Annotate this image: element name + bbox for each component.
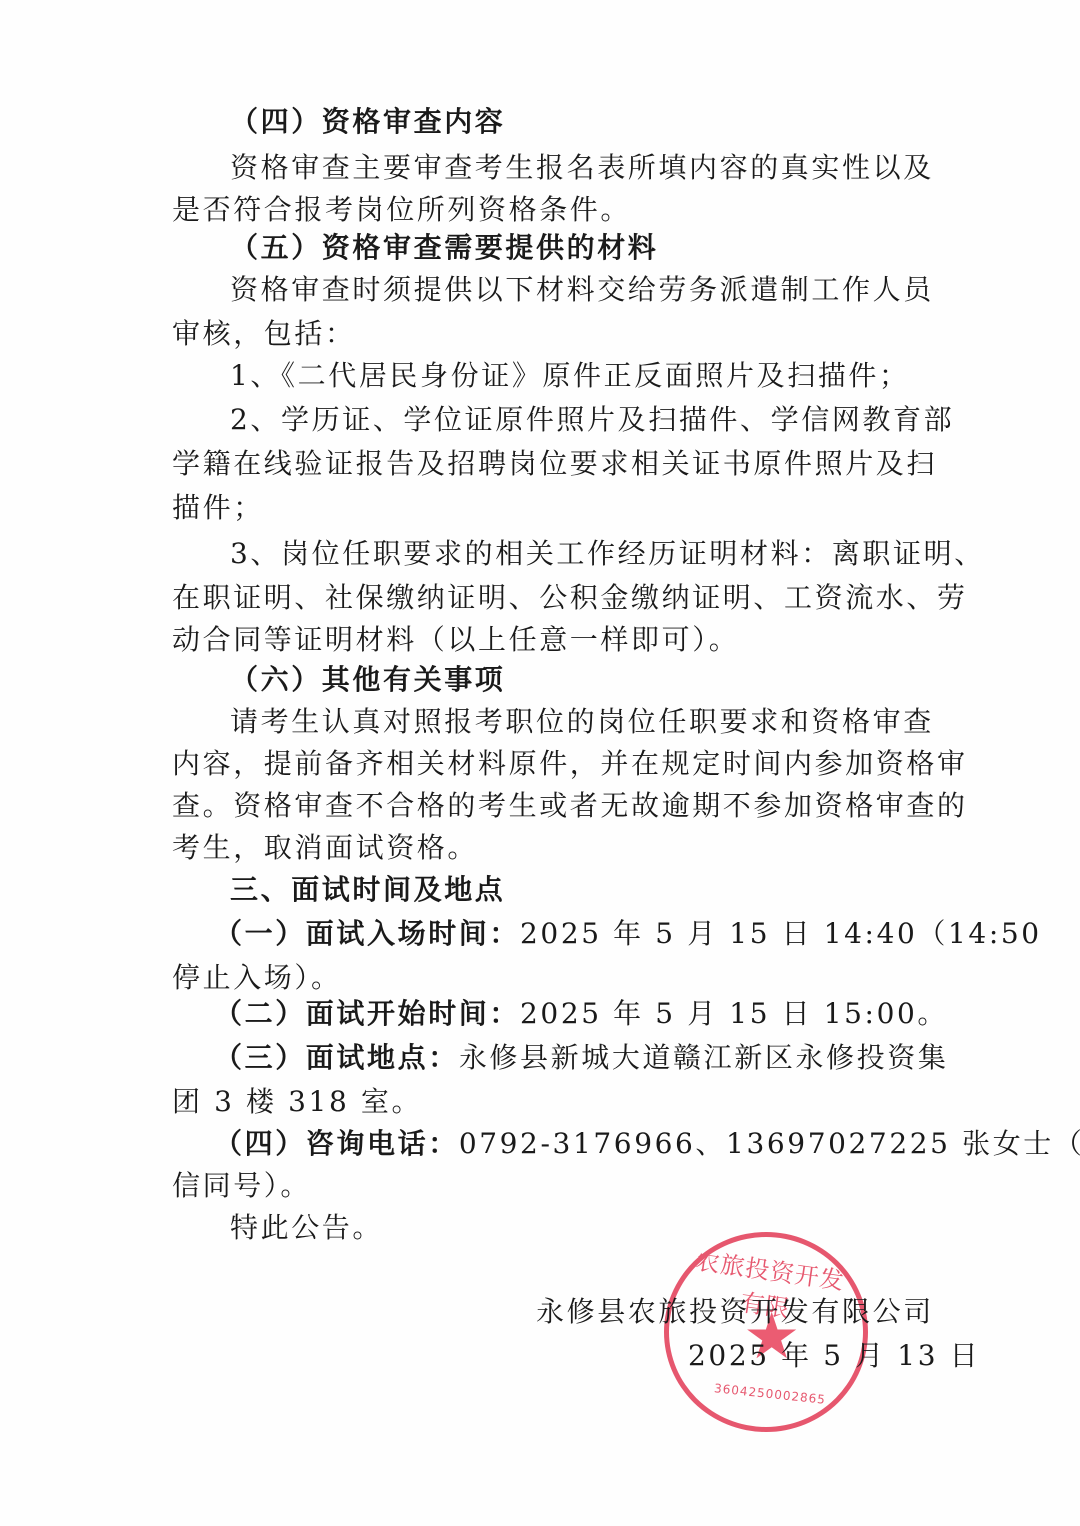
heading-other: （六）其他有关事项 <box>230 660 505 700</box>
place-label: （三）面试地点： <box>214 1041 459 1074</box>
heading-interview: 三、面试时间及地点 <box>230 870 505 910</box>
paragraph-line: 请考生认真对照报考职位的岗位任职要求和资格审查 <box>230 702 934 742</box>
start-value: 2025 年 5 月 15 日 15:00。 <box>520 997 948 1030</box>
list-item-3: 3、岗位任职要求的相关工作经历证明材料：离职证明、 <box>230 534 985 574</box>
list-item-3-cont: 动合同等证明材料（以上任意一样即可）。 <box>172 620 739 660</box>
paragraph-line: 查。资格审查不合格的考生或者无故逾期不参加资格审查的 <box>172 786 968 826</box>
official-seal: 农旅投资开发有限 ★ 3604250002865 <box>664 1232 868 1432</box>
heading-materials: （五）资格审查需要提供的材料 <box>230 228 658 268</box>
paragraph-line: 资格审查时须提供以下材料交给劳务派遣制工作人员 <box>230 270 934 310</box>
list-item-1: 1、《二代居民身份证》原件正反面照片及扫描件； <box>230 356 910 396</box>
place-value: 永修县新城大道赣江新区永修投资集 <box>459 1041 949 1074</box>
interview-phone-cont: 信同号）。 <box>172 1166 311 1206</box>
phone-value: 0792-3176966、13697027225 张女士（微 <box>459 1127 1080 1160</box>
signature-date: 2025 年 5 月 13 日 <box>688 1336 980 1376</box>
phone-label: （四）咨询电话： <box>214 1127 459 1160</box>
signature-company: 永修县农旅投资开发有限公司 <box>536 1292 934 1332</box>
list-item-3-cont: 在职证明、社保缴纳证明、公积金缴纳证明、工资流水、劳 <box>172 578 968 618</box>
document-page: （四）资格审查内容 资格审查主要审查考生报名表所填内容的真实性以及 是否符合报考… <box>0 0 1080 1526</box>
entry-label: （一）面试入场时间： <box>214 917 520 950</box>
paragraph-line: 内容，提前备齐相关材料原件，并在规定时间内参加资格审 <box>172 744 968 784</box>
paragraph-line: 考生，取消面试资格。 <box>172 828 478 868</box>
paragraph-line: 是否符合报考岗位所列资格条件。 <box>172 190 631 230</box>
interview-place: （三）面试地点：永修县新城大道赣江新区永修投资集 <box>214 1038 948 1078</box>
paragraph-line: 审核，包括： <box>172 314 356 354</box>
interview-start-time: （二）面试开始时间：2025 年 5 月 15 日 15:00。 <box>214 994 948 1034</box>
interview-entry-cont: 停止入场）。 <box>172 958 342 998</box>
list-item-2-cont: 描件； <box>172 488 264 528</box>
interview-place-cont: 团 3 楼 318 室。 <box>172 1082 422 1122</box>
paragraph-line: 资格审查主要审查考生报名表所填内容的真实性以及 <box>230 148 934 188</box>
seal-code: 3604250002865 <box>705 1380 836 1408</box>
interview-phone: （四）咨询电话：0792-3176966、13697027225 张女士（微 <box>214 1124 1080 1164</box>
list-item-2-cont: 学籍在线验证报告及招聘岗位要求相关证书原件照片及扫 <box>172 444 937 484</box>
start-label: （二）面试开始时间： <box>214 997 520 1030</box>
entry-value: 2025 年 5 月 15 日 14:40（14:50 <box>520 917 1042 950</box>
list-item-2: 2、学历证、学位证原件照片及扫描件、学信网教育部 <box>230 400 954 440</box>
closing-text: 特此公告。 <box>230 1208 383 1248</box>
heading-qualification-content: （四）资格审查内容 <box>230 102 505 142</box>
interview-entry-time: （一）面试入场时间：2025 年 5 月 15 日 14:40（14:50 <box>214 914 1042 954</box>
